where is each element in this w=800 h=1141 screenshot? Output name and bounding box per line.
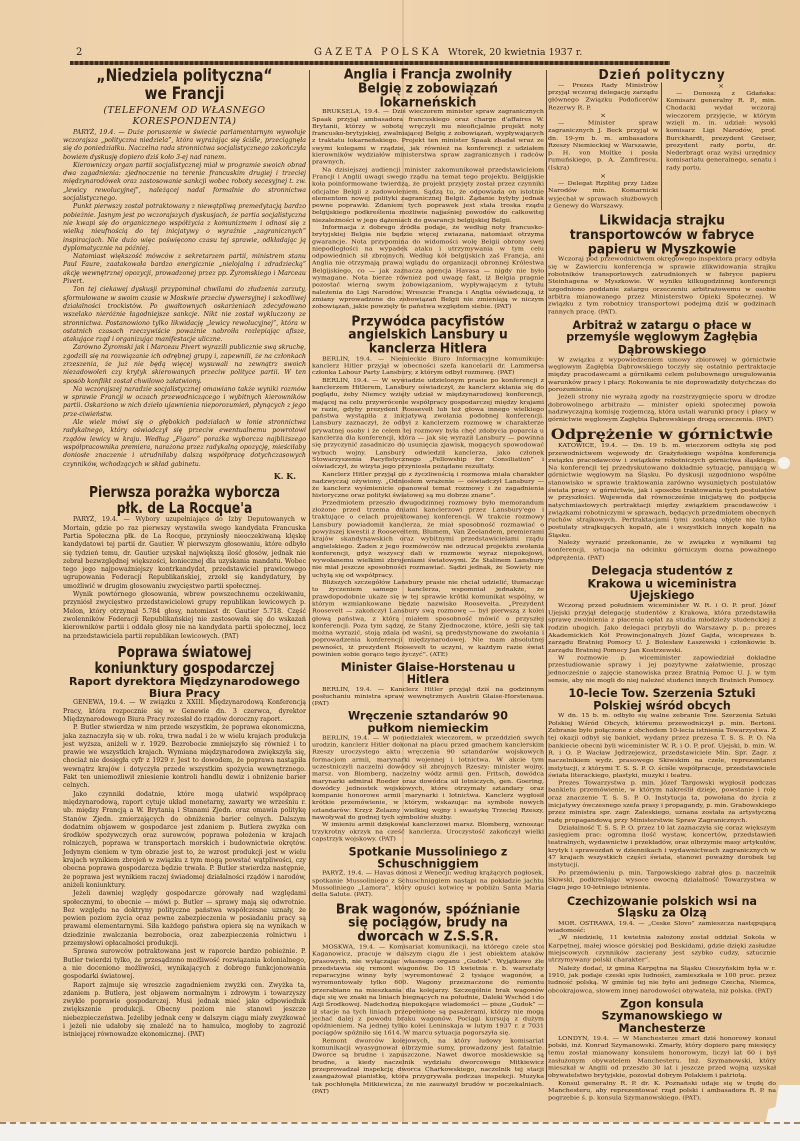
paragraph: MOR. OSTRAWA, 19.4. — „Ceske Slovo” zami… <box>548 920 776 935</box>
headline: Wręczenie sztandarów 90 pułkom niemiecki… <box>329 711 526 735</box>
headline: Pierwsza porażka wyborcza płk. de La Roc… <box>85 485 284 517</box>
paragraph: BRUKSELA, 19.4. — Dziś wieczorem ministe… <box>312 109 544 167</box>
paragraph: PARYŻ, 19.4. — Duże poruszenie w świecie… <box>63 129 306 162</box>
brief-item: — Minister spraw zagranicznych J. Beck p… <box>548 120 658 172</box>
headline: Delegacja studentów z Krakowa u wicemini… <box>565 566 759 603</box>
paragraph: PARYŻ, 19.4. — Havas donosi z Wenecji: w… <box>312 871 544 900</box>
issue-date: Wtorek, 20 kwietnia 1937 r. <box>448 47 582 58</box>
paragraph: Sprawa surowców potraktowana jest w rapo… <box>63 948 306 981</box>
paragraph: W rozmowie p. wiceminister zapowiedział … <box>548 655 776 685</box>
article-koniunktura: Poprawa światowej koniunktury gospodarcz… <box>63 645 306 1040</box>
article-niedziela-polityczna: „Niedziela polityczna“ we Francji (TELEF… <box>63 68 306 481</box>
headline: Poprawa światowej koniunktury gospodarcz… <box>85 645 284 677</box>
article-anglia-francja-belgia: Anglia i Francja zwolniły Belgię z zobow… <box>312 68 544 311</box>
headline: Arbitraż w zatargu o płace w przemyśle w… <box>565 320 759 357</box>
paragraph: Konsul generalny R. P. dr. K. Poznański … <box>548 1080 776 1102</box>
paragraph: Wczoraj pod przewodnictwem okręgowego in… <box>548 257 776 317</box>
column-divider <box>309 70 310 1080</box>
separator-cross-icon: × <box>548 172 658 180</box>
headline: Likwidacja strajku transportowców w fabr… <box>569 214 756 257</box>
paragraph: Punkt pierwszy został potraktowany z nie… <box>63 203 306 253</box>
separator-cross-icon: × <box>548 112 658 120</box>
paragraph: W imieniu armii dziękował kanclerzowi ma… <box>312 822 544 844</box>
article-mussolini-schuschnigg: Spotkanie Mussoliniego z Schuschniggiem … <box>312 847 544 900</box>
article-porazka-la-rocque: Pierwsza porażka wyborcza płk. de La Roc… <box>63 485 306 641</box>
paragraph: Należy dodać, iż gmina Karpętna na Śląsk… <box>548 965 776 995</box>
article-zgon-konsula: Zgon konsula Szymanowskiego w Manchester… <box>548 998 776 1102</box>
paragraph: BERLIN, 19.4. — W wywiadzie udzielonym p… <box>312 377 544 471</box>
brief-item: — Prezes Rady Ministrów przyjął wczoraj … <box>548 82 658 112</box>
separator-cross-icon: × <box>666 82 776 90</box>
column-middle: Anglia i Francja zwolniły Belgię z zobow… <box>312 68 544 1099</box>
article-odprezenie: Odprężenie w górnictwie KATOWICE, 19.4. … <box>548 427 776 562</box>
paragraph: „W niedzielę, 11 kwietnia założony zosta… <box>548 935 776 965</box>
paragraph: Natomiast większość mówców z sekretarzem… <box>63 253 306 286</box>
paragraph: Po przemówieniu p. min. Targowskiego zab… <box>548 870 776 892</box>
paragraph: Jako czynniki dodatnie, które mogą ułatw… <box>63 791 306 891</box>
article-arbitraz: Arbitraż w zatargu o płace w przemyśle w… <box>548 320 776 424</box>
paragraph: BERLIN, 19.4. — Niemieckie Biuro Informa… <box>312 356 544 378</box>
paragraph: Jeżeli strony nie wyrażą zgody na rozstr… <box>548 394 776 424</box>
column-divider <box>546 70 547 1080</box>
subheadline: (TELEFONEM OD WŁASNEGO KORESPONDENTA) <box>63 105 306 127</box>
paragraph: Ale wiele mówi się o głębokich podziałac… <box>63 419 306 469</box>
page-number: 2 <box>76 47 82 58</box>
headline: Zgon konsula Szymanowskiego w Manchester… <box>565 998 759 1035</box>
paragraph: Bliższych szczegółów Lansbury prasie nie… <box>312 580 544 659</box>
article-brak-wagonow: Brak wagonów, spóźnianie się pociągów, b… <box>312 903 544 1096</box>
page-bottom-edge <box>0 1122 800 1141</box>
punch-hole <box>778 457 790 469</box>
paragraph: Ton tej ciekawej dyskusji przypominał ch… <box>63 286 306 344</box>
headline: Minister Glaise-Horstenau u Hitlera <box>329 662 526 686</box>
paragraph: BERLIN, 19.4. — Kanclerz Hitler przyjął … <box>312 686 544 708</box>
paper-title: GAZETA POLSKA <box>314 47 442 58</box>
paragraph: Przedmiotem przeszło dwugodzinnej rozmow… <box>312 500 544 579</box>
headline: Anglia i Francja zwolniły Belgię z zobow… <box>333 68 523 109</box>
paragraph: Kierowniczy organ partii socjalistycznej… <box>63 162 306 203</box>
column-right: Dzień polityczny — Prezes Rady Ministrów… <box>548 68 776 1106</box>
paragraph: BERLIN, 19.4. — W poniedziałek wieczorem… <box>312 735 544 822</box>
article-czechizowanie: Czechizowanie polskich wsi na Śląsku za … <box>548 896 776 995</box>
headline: Czechizowanie polskich wsi na Śląsku za … <box>565 896 759 921</box>
paragraph: Na wczorajszej naradzie socjalistycznej … <box>63 386 306 419</box>
article-10-lecie-tssp: 10-lecie Tow. Szerzenia Sztuki Polskiej … <box>548 688 776 892</box>
paragraph: PARYŻ, 19.4. — Wybory uzupełniające do I… <box>63 516 306 591</box>
headline: 10-lecie Tow. Szerzenia Sztuki Polskiej … <box>565 688 759 713</box>
brief-item: — Donoszą z Gdańska: Komisarz generalny … <box>666 90 776 172</box>
article-sztandary: Wręczenie sztandarów 90 pułkom niemiecki… <box>312 711 544 843</box>
paragraph: Na dzisiejszej audiencji minister zakomu… <box>312 167 544 225</box>
paragraph: Zarówno Żyromski jak i Marceau Pivert wy… <box>63 344 306 385</box>
paragraph: Kanclerz Hitler przyjął go z życzliwości… <box>312 471 544 500</box>
masthead: 2 GAZETA POLSKA Wtorek, 20 kwietnia 1937… <box>70 47 670 61</box>
paragraph: LONDYN, 19.4. — W Manchesterze zmarł dzi… <box>548 1035 776 1080</box>
article-delegacja-studentow: Delegacja studentów z Krakowa u wicemini… <box>548 566 776 685</box>
paragraph: Prezes Towarzystwa p. min. Józef Targows… <box>548 780 776 825</box>
paragraph: Raport zajmuje się wreszcie zagadnieniem… <box>63 982 306 1040</box>
paragraph: Wczoraj przed południem wiceminister W. … <box>548 603 776 655</box>
paragraph: Wynik powtórnego głosowania, wbrew powsz… <box>63 591 306 641</box>
paragraph: Informacja z dobrego źródła podaje, że w… <box>312 225 544 312</box>
paragraph: W dn. 15 b. m. odbyło się walne zebranie… <box>548 713 776 780</box>
headline: Spotkanie Mussoliniego z Schuschniggiem <box>329 847 526 871</box>
paragraph: MOSKWA, 19.4. — Komisariat komunikacji, … <box>312 944 544 1038</box>
author-signature: K. K. <box>63 471 306 481</box>
brief-item: — Delegat Rzplitej przy Lidze Narodów mi… <box>548 181 658 211</box>
paragraph: Jeżeli dawniej względy gospodarcze górow… <box>63 890 306 948</box>
headline: Odprężenie w górnictwie <box>548 427 776 442</box>
article-likwidacja-strajku: Likwidacja strajku transportowców w fabr… <box>548 214 776 316</box>
paragraph: W związku z wypowiedzeniem umowy zbiorow… <box>548 357 776 394</box>
paragraph: KATOWICE, 19.4. — Dn. 19 b. m. wieczorem… <box>548 443 776 540</box>
paragraph: Działalność T. S. S. P. O. przez 10 lat … <box>548 825 776 870</box>
masthead-rule <box>70 61 670 65</box>
subheadline: Raport dyrektora Międzynarodowego Biura … <box>63 676 306 699</box>
section-title: Dzień polityczny <box>569 68 756 82</box>
headline: Przywódca pacyfistów angielskich Lansbur… <box>333 315 523 356</box>
article-lansbury-hitler: Przywódca pacyfistów angielskich Lansbur… <box>312 315 544 659</box>
headline: Brak wagonów, spóźnianie się pociągów, b… <box>333 903 523 944</box>
paragraph: Remont dworców kolejowych, na który ludo… <box>312 1038 544 1096</box>
paragraph: P. Butler stwierdza w nim przede wszystk… <box>63 724 306 790</box>
section-dzien-polityczny: Dzień polityczny — Prezes Rady Ministrów… <box>548 68 776 210</box>
column-left: „Niedziela polityczna“ we Francji (TELEF… <box>63 68 306 1044</box>
paragraph: Należy wyrazić przekonanie, że w związku… <box>548 540 776 562</box>
article-glaise-horstenau: Minister Glaise-Horstenau u Hitlera BERL… <box>312 662 544 707</box>
paragraph: GENEWA, 19.4. — W związku z XXIII. Międz… <box>63 699 306 724</box>
headline: „Niedziela polityczna“ we Francji <box>85 68 284 104</box>
